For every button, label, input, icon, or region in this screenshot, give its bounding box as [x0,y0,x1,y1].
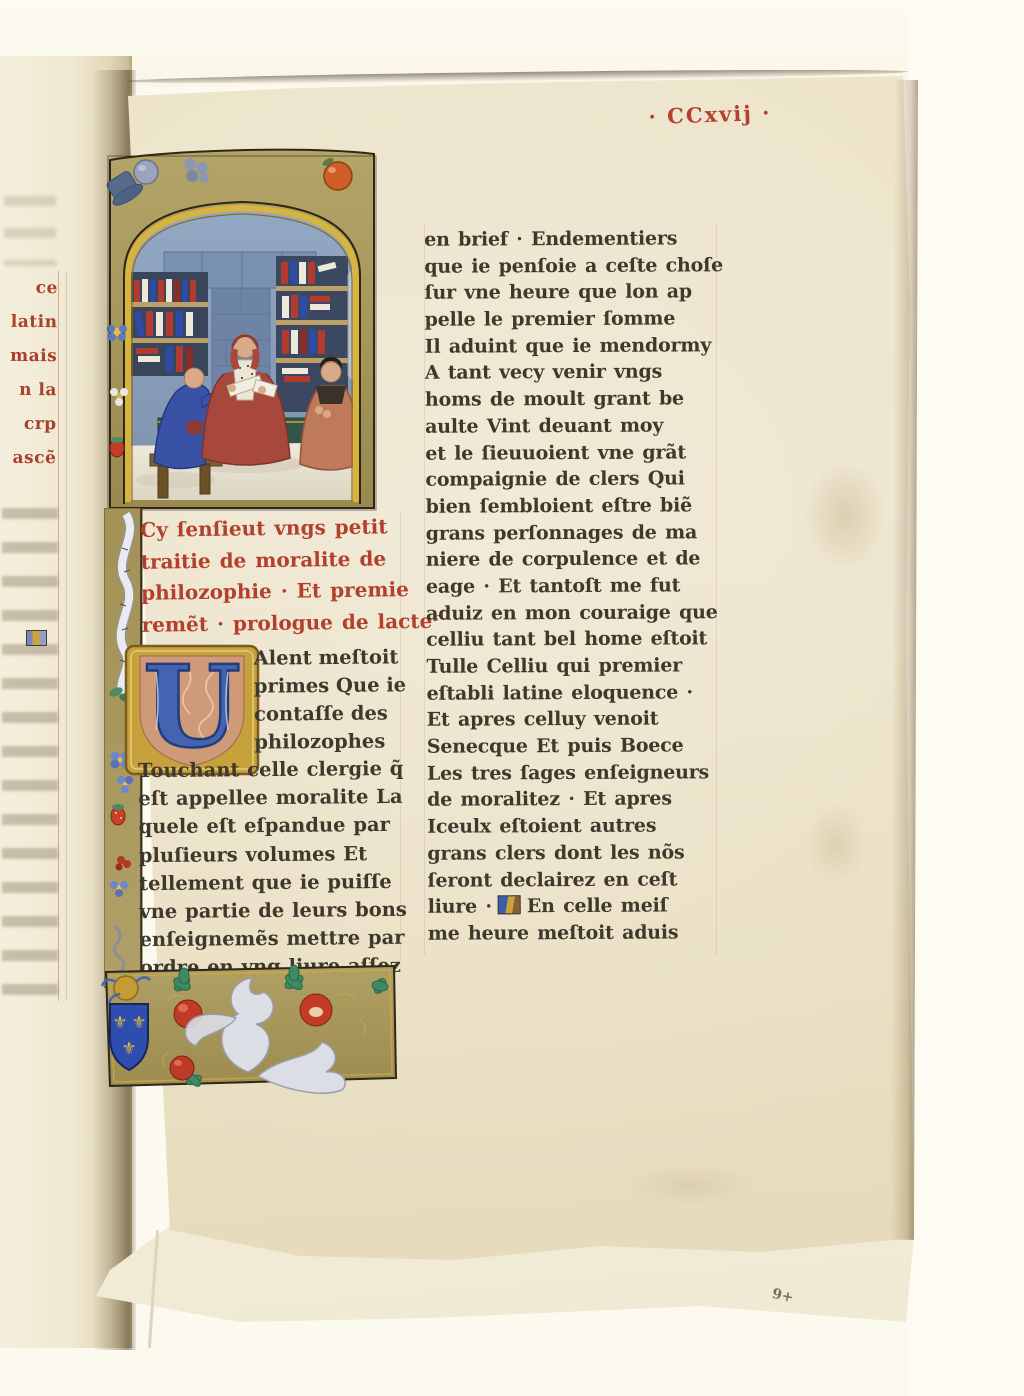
text-line: que ie penſoie a ceſte choſe [424,254,720,282]
paraph-line: liure ·En celle meiſ [428,894,724,922]
right-column: en brief · Endementiersque ie penſoie a … [424,227,724,949]
ruling-line [58,271,59,1001]
text-line: eſtabli latine eloquence · [426,681,722,709]
bookshelf-left [130,272,208,376]
showthrough-text-faint [4,196,56,266]
text-line: tellement que ie puiſſe [139,870,405,901]
text-line: ſeront declairez en ceſt [427,868,723,896]
text-line: eage · Et tantoſt me fut [426,574,722,602]
paraph-mark [498,895,521,914]
text-line: grans clers dont les nõs [427,841,723,869]
text-line: vne partie de leurs bons [139,898,405,929]
text-line: niere de corpulence et de [426,547,722,575]
showthrough-text-faint [2,508,58,1004]
red-text-fragment: n la [0,380,62,415]
text-line: pelle le premier ſomme [425,307,721,335]
manuscript-photo: celatinmaisn lacrpascẽ · CCxvij · [0,0,1024,1396]
text-line: Il aduint que ie mendormy [425,334,721,362]
svg-text:⚜: ⚜ [131,1013,146,1033]
ruling-line [66,271,67,1001]
text-line: Senecque Et puis Boece [427,734,723,762]
red-text-fragment: ascẽ [0,448,61,483]
text-line: celliu tant bel home eſtoit [426,628,722,656]
text-line: enſeignemẽs mettre par [139,926,405,957]
text-line: bien ſembloient eſtre biẽ [426,494,722,522]
text-line: aduiz en mon couraige que [426,601,722,629]
text-line: Touchant celle clergie q̃ [138,757,404,788]
text-line: primes Que ie [254,673,404,702]
paraph-line-before: liure · [428,896,492,918]
rubric: Cy ſenſieut vngs petittraitie de moralit… [140,514,404,644]
red-text-fragment: latin [0,312,62,347]
backdrop-right [908,0,1024,1396]
text-line: grans perſonnages de ma [426,521,722,549]
text-line: compaignie de clers Qui [425,467,721,495]
text-line: en brief · Endementiers [424,227,720,255]
text-line: aulte Vint deuant moy [425,414,721,442]
rubric-line: traitie de moralite de [141,546,403,581]
text-line: eſt appellee moralite La [138,785,404,816]
paraph-line-after: En celle meiſ [527,895,668,918]
facing-page-red-text: celatinmaisn lacrpascẽ [0,278,63,483]
svg-text:⚜: ⚜ [121,1039,136,1059]
helm-icon [114,976,138,1000]
text-line: Iceulx eſtoient autres [427,814,723,842]
miniature-scene [116,206,368,502]
text-line: Et apres celluy venoit [427,708,723,736]
text-line: homs de moult grant be [425,387,721,415]
text-line: ſur vne heure que lon ap [424,281,720,309]
text-line: Les tres ſages enſeigneurs [427,761,723,789]
folio-number: · CCxvij · [645,100,776,130]
svg-text:⚜: ⚜ [112,1013,127,1033]
bottom-border: ⚜⚜⚜ [98,960,400,1112]
text-line: et le ſieuuoient vne grãt [425,441,721,469]
left-column-full-lines: Touchant celle clergie q̃eſt appellee mo… [138,757,406,985]
red-text-fragment: mais [0,346,62,381]
miniature-three-scholars-in-library [106,146,378,512]
page-right-edge [890,80,918,1240]
text-line: quele eſt eſpandue par [139,813,405,844]
rubric-line: remẽt · prologue de lacteʳ [141,609,403,644]
red-text-fragment: crp [0,414,62,449]
text-line: de moralitez · Et apres [427,788,723,816]
text-line: pluſieurs volumes Et [139,841,405,872]
paraph-mark-facing [26,630,47,646]
text-line: philozophes [254,729,404,758]
right-column-final-line: me heure meſtoit aduis [428,921,724,949]
red-text-fragment: ce [1,278,63,313]
left-column-beside-initial: Alent meſtoitprimes Que iecontaſſe desph… [254,645,405,758]
rubric-line: Cy ſenſieut vngs petit [140,514,402,549]
text-line: Alent meſtoit [254,645,404,674]
text-line: contaſſe des [254,701,404,730]
plum-fruit-icon [134,160,158,184]
rubric-line: philozophie · Et premie [141,577,403,612]
text-line: A tant vecy venir vngs [425,361,721,389]
text-line: Tulle Celliu qui premier [426,654,722,682]
right-column-lines: en brief · Endementiersque ie penſoie a … [424,227,723,896]
strip-strawberry [111,804,125,825]
